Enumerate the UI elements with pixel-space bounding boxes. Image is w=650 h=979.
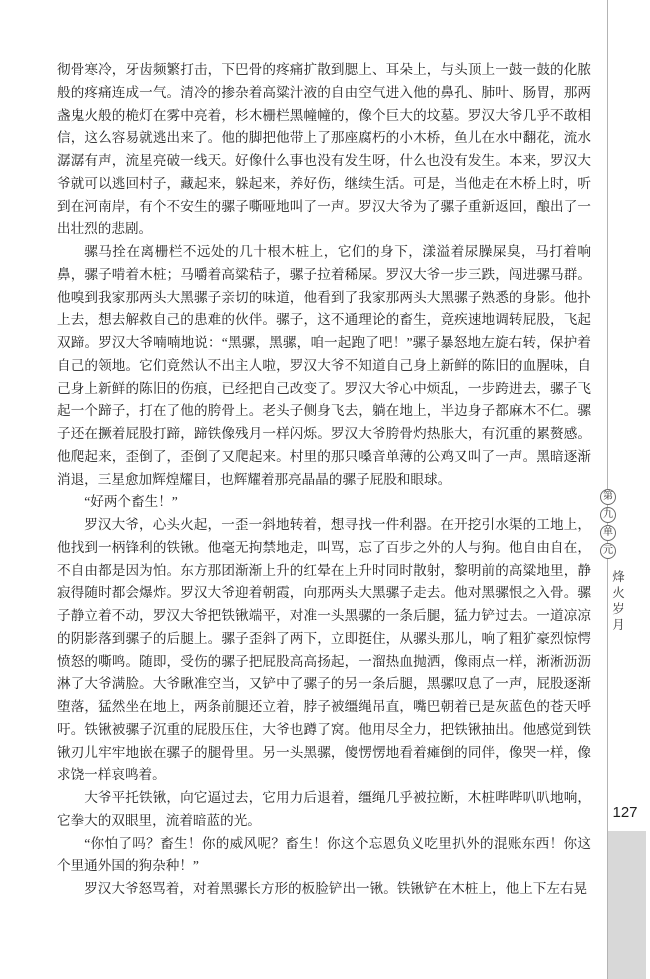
paragraph: 大爷平托铁锹，向它逼过去，它用力后退着，缰绳几乎被拉断，木桩哔哔叭叭地响，它拳大… <box>57 787 591 833</box>
series-title-char: 岁 <box>611 602 626 617</box>
paragraph-dialogue: “你怕了吗？畜生！你的威风呢？畜生！你这个忘恩负义吃里扒外的混账东西！你这个里通… <box>57 833 591 879</box>
series-title: 烽 火 岁 月 <box>611 570 626 633</box>
unit-badge-char: 元 <box>600 543 616 559</box>
paragraph: 罗汉大爷，心头火起，一歪一斜地转着，想寻找一件利器。在开挖引水渠的工地上，他找到… <box>57 514 591 787</box>
unit-badge-char: 单 <box>600 525 616 541</box>
unit-badge: 第 九 单 元 <box>600 489 616 559</box>
paragraph-dialogue: “好两个畜生！” <box>57 491 591 514</box>
unit-badge-char: 九 <box>600 507 616 523</box>
series-title-char: 烽 <box>611 570 626 585</box>
book-page: 彻骨寒冷，牙齿频繁打击，下巴骨的疼痛扩散到腮上、耳朵上，与头顶上一鼓一鼓的化脓般… <box>0 0 650 979</box>
paragraph: 罗汉大爷怒骂着，对着黑骡长方形的板脸铲出一锹。铁锹铲在木桩上，他上下左右晃 <box>57 878 591 901</box>
page-number: 127 <box>608 804 642 821</box>
paragraph-continuation: 彻骨寒冷，牙齿频繁打击，下巴骨的疼痛扩散到腮上、耳朵上，与头顶上一鼓一鼓的化脓般… <box>57 59 591 241</box>
unit-badge-char: 第 <box>600 489 616 505</box>
paragraph: 骡马拴在离栅栏不远处的几十根木桩上，它们的身下，漾溢着尿臊屎臭，马打着响鼻，骡子… <box>57 241 591 491</box>
body-text: 彻骨寒冷，牙齿频繁打击，下巴骨的疼痛扩散到腮上、耳朵上，与头顶上一鼓一鼓的化脓般… <box>57 59 591 901</box>
series-title-char: 月 <box>611 618 626 633</box>
page-edge-shading <box>608 831 646 979</box>
series-title-char: 火 <box>611 586 626 601</box>
